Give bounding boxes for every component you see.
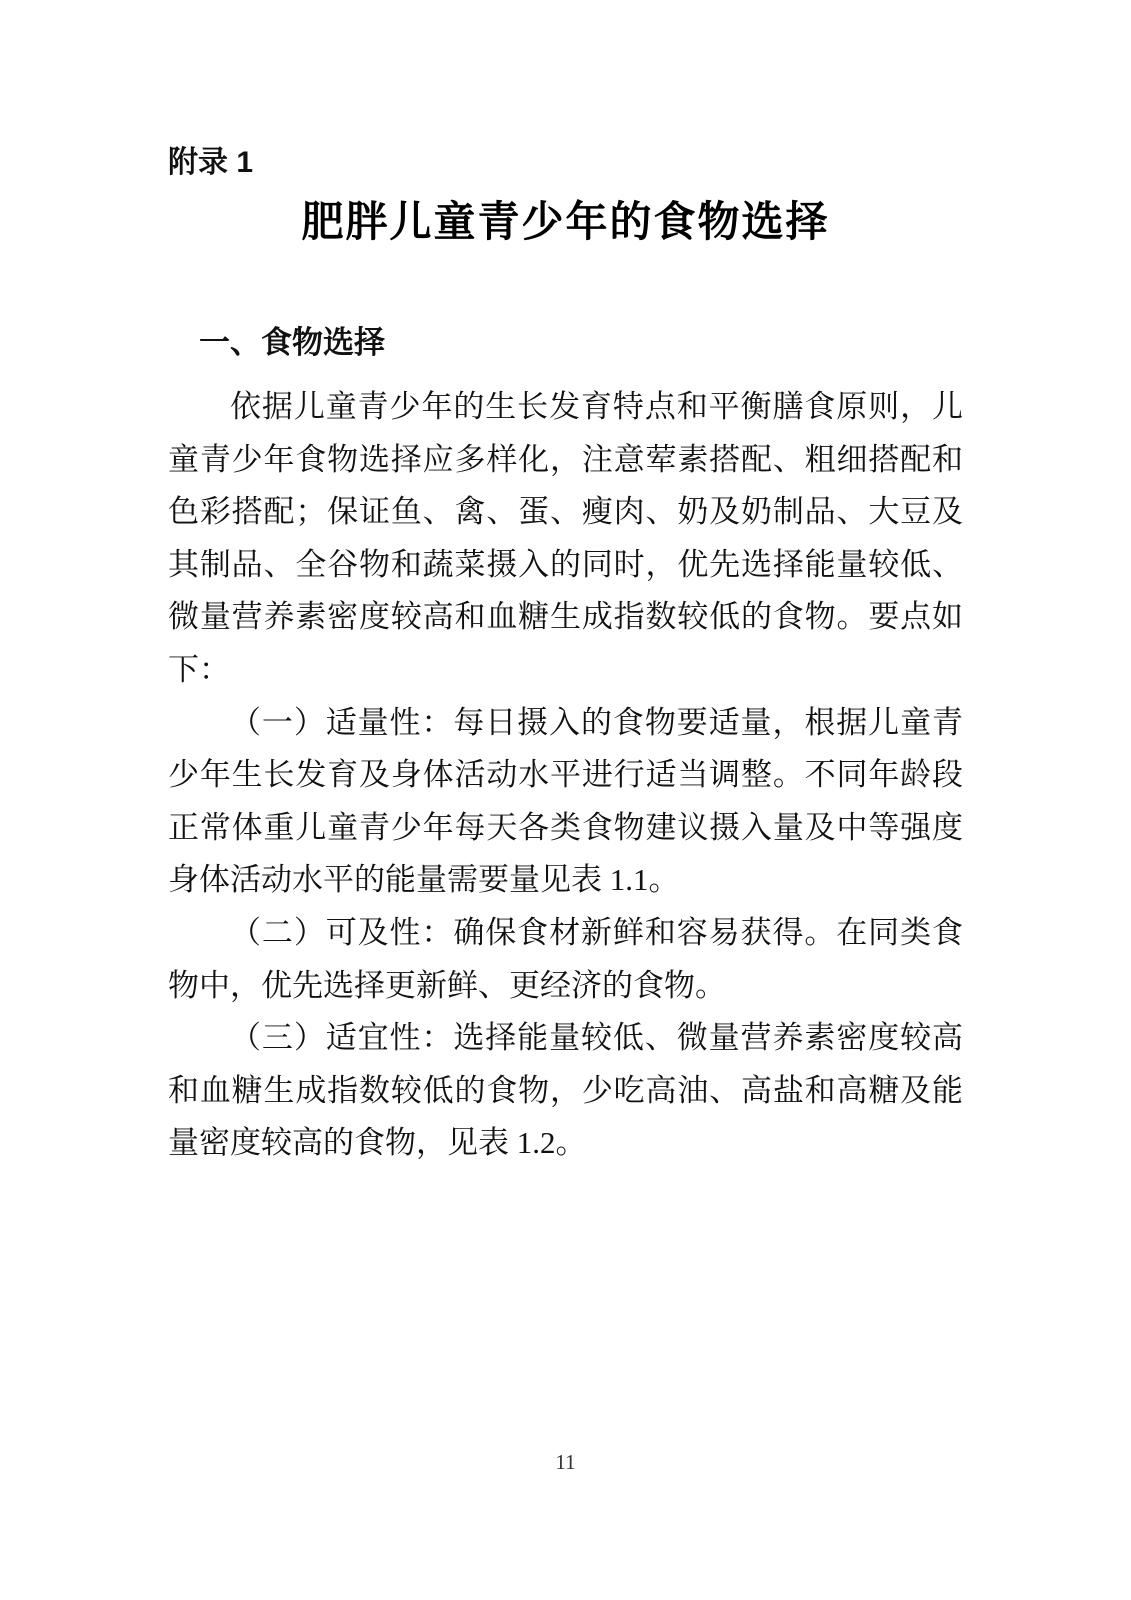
appendix-label: 附录 1 — [168, 145, 963, 181]
paragraph-intro: 依据儿童青少年的生长发育特点和平衡膳食原则，儿童青少年食物选择应多样化，注意荤素… — [168, 381, 963, 697]
paragraph-point-3-suitability: （三）适宜性：选择能量较低、微量营养素密度较高和血糖生成指数较低的食物，少吃高油… — [168, 1012, 963, 1170]
section-heading-food-selection: 一、食物选择 — [168, 319, 963, 367]
page-title: 肥胖儿童青少年的食物选择 — [168, 193, 963, 253]
document-page: 附录 1 肥胖儿童青少年的食物选择 一、食物选择 依据儿童青少年的生长发育特点和… — [0, 0, 1131, 1600]
paragraph-point-1-moderation: （一）适量性：每日摄入的食物要适量，根据儿童青少年生长发育及身体活动水平进行适当… — [168, 697, 963, 907]
page-number: 11 — [0, 1450, 1131, 1475]
paragraph-point-2-accessibility: （二）可及性：确保食材新鲜和容易获得。在同类食物中，优先选择更新鲜、更经济的食物… — [168, 907, 963, 1012]
